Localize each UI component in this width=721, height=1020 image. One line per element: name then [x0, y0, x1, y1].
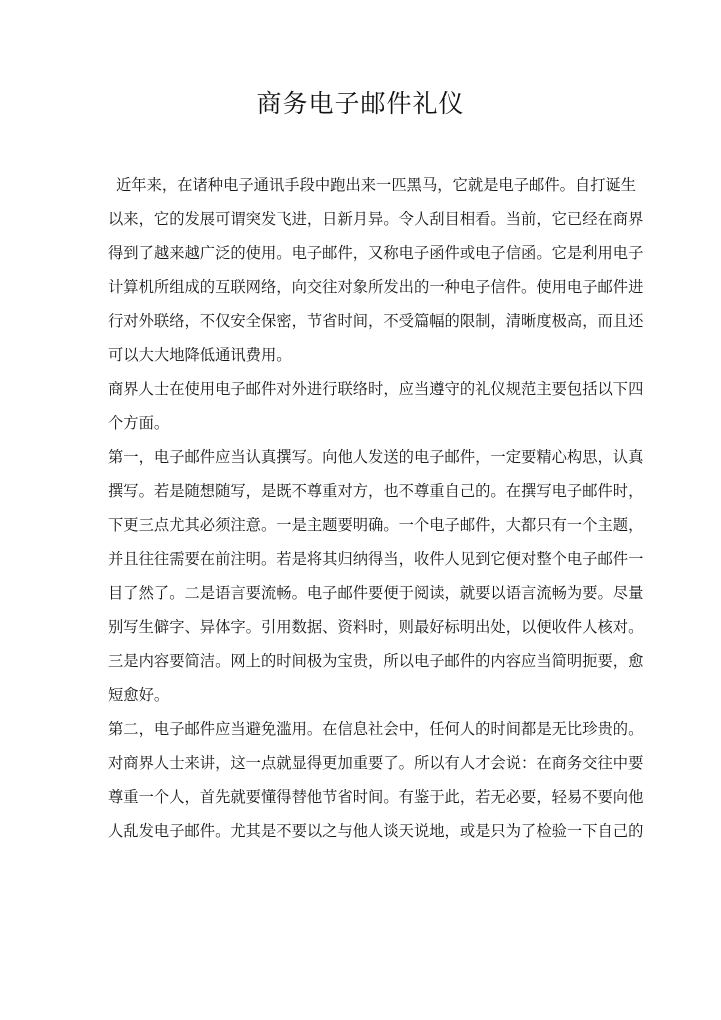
text-line: 短愈好。 — [108, 678, 613, 712]
document-body: 近年来，在诸种电子通讯手段中跑出来一匹黑马，它就是电子邮件。自打诞生 以来，它的… — [108, 168, 613, 848]
text-line: 得到了越来越广泛的使用。电子邮件，又称电子函件或电子信函。它是利用电子 — [108, 236, 613, 270]
text-line: 可以大大地降低通讯费用。 — [108, 338, 613, 372]
text-line: 以来，它的发展可谓突发飞进，日新月异。令人刮目相看。当前，它已经在商界 — [108, 202, 613, 236]
text-line: 对商界人士来讲，这一点就显得更加重要了。所以有人才会说：在商务交往中要 — [108, 746, 613, 780]
text-line: 个方面。 — [108, 406, 613, 440]
text-line: 下更三点尤其必须注意。一是主题要明确。一个电子邮件，大都只有一个主题， — [108, 508, 613, 542]
text-line: 近年来，在诸种电子通讯手段中跑出来一匹黑马，它就是电子邮件。自打诞生 — [108, 168, 613, 202]
text-line: 三是内容要简洁。网上的时间极为宝贵，所以电子邮件的内容应当简明扼要，愈 — [108, 644, 613, 678]
text-line: 计算机所组成的互联网络，向交往对象所发出的一种电子信件。使用电子邮件进 — [108, 270, 613, 304]
text-line: 目了然了。二是语言要流畅。电子邮件要便于阅读，就要以语言流畅为要。尽量 — [108, 576, 613, 610]
text-line: 第二，电子邮件应当避免滥用。在信息社会中，任何人的时间都是无比珍贵的。 — [108, 712, 613, 746]
text-line: 第一，电子邮件应当认真撰写。向他人发送的电子邮件，一定要精心构思，认真 — [108, 440, 613, 474]
document-title: 商务电子邮件礼仪 — [0, 86, 721, 122]
text-line: 商界人士在使用电子邮件对外进行联络时，应当遵守的礼仪规范主要包括以下四 — [108, 372, 613, 406]
text-line: 撰写。若是随想随写，是既不尊重对方，也不尊重自己的。在撰写电子邮件时， — [108, 474, 613, 508]
text-line: 尊重一个人，首先就要懂得替他节省时间。有鉴于此，若无必要，轻易不要向他 — [108, 780, 613, 814]
document-page: 商务电子邮件礼仪 近年来，在诸种电子通讯手段中跑出来一匹黑马，它就是电子邮件。自… — [0, 0, 721, 1020]
text-line: 别写生僻字、异体字。引用数据、资料时，则最好标明出处，以便收件人核对。 — [108, 610, 613, 644]
text-line: 行对外联络，不仅安全保密，节省时间，不受篇幅的限制，清晰度极高，而且还 — [108, 304, 613, 338]
text-line: 人乱发电子邮件。尤其是不要以之与他人谈天说地，或是只为了检验一下自己的 — [108, 814, 613, 848]
text-line: 并且往往需要在前注明。若是将其归纳得当，收件人见到它便对整个电子邮件一 — [108, 542, 613, 576]
